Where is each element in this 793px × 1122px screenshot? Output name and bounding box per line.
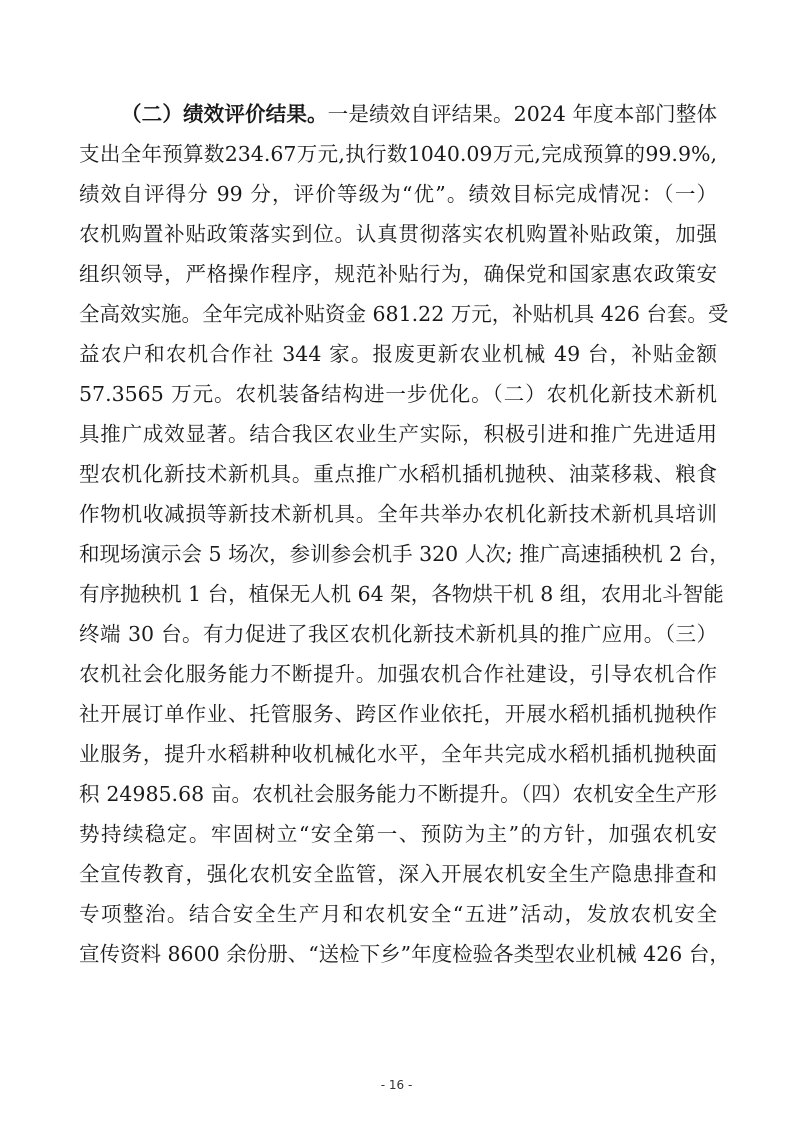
paragraph-line-22: 宣传资料 8600 余份册、“送检下乡”年度检验各类型农业机械 426 台， <box>79 934 717 974</box>
paragraph-line-11: 作物机收减损等新技术新机具。全年共举办农机化新技术新机具培训 <box>79 494 717 534</box>
paragraph-line-1: （二）绩效评价结果。一是绩效自评结果。2024 年度本部门整体 <box>121 94 717 134</box>
paragraph-line-19: 势持续稳定。牢固树立“安全第一、预防为主”的方针，加强农机安 <box>79 814 717 854</box>
line-text: 一是绩效自评结果。2024 年度本部门整体 <box>328 102 717 126</box>
paragraph-line-9: 具推广成效显著。结合我区农业生产实际，积极引进和推广先进适用 <box>79 414 717 454</box>
paragraph-line-20: 全宣传教育，强化农机安全监管，深入开展农机安全生产隐患排查和 <box>79 854 717 894</box>
paragraph-line-12: 和现场演示会 5 场次，参训参会机手 320 人次; 推广高速插秧机 2 台， <box>79 534 717 574</box>
paragraph-line-10: 型农机化新技术新机具。重点推广水稻机插机抛秧、油菜移栽、粮食 <box>79 454 717 494</box>
paragraph-line-3: 绩效自评得分 99 分，评价等级为“优”。绩效目标完成情况：（一） <box>79 174 717 214</box>
paragraph-line-7: 益农户和农机合作社 344 家。报废更新农业机械 49 台，补贴金额 <box>79 334 717 374</box>
paragraph-line-15: 农机社会化服务能力不断提升。加强农机合作社建设，引导农机合作 <box>79 654 717 694</box>
paragraph-line-16: 社开展订单作业、托管服务、跨区作业依托，开展水稻机插机抛秧作 <box>79 694 717 734</box>
page-number: - 16 - <box>0 1076 793 1094</box>
paragraph-line-17: 业服务，提升水稻耕种收机械化水平，全年共完成水稻机插机抛秧面 <box>79 734 717 774</box>
paragraph-line-8: 57.3565 万元。农机装备结构进一步优化。（二）农机化新技术新机 <box>79 374 717 414</box>
document-page: （二）绩效评价结果。一是绩效自评结果。2024 年度本部门整体 支出全年预算数2… <box>0 0 793 1122</box>
paragraph-line-13: 有序抛秧机 1 台，植保无人机 64 架，各物烘干机 8 组，农用北斗智能 <box>79 574 717 614</box>
paragraph-line-14: 终端 30 台。有力促进了我区农机化新技术新机具的推广应用。（三） <box>79 614 717 654</box>
paragraph-line-5: 组织领导，严格操作程序，规范补贴行为，确保党和国家惠农政策安 <box>79 254 717 294</box>
paragraph-line-6: 全高效实施。全年完成补贴资金 681.22 万元，补贴机具 426 台套。受 <box>79 294 717 334</box>
section-heading: （二）绩效评价结果。 <box>121 102 328 126</box>
paragraph-line-21: 专项整治。结合安全生产月和农机安全“五进”活动，发放农机安全 <box>79 894 717 934</box>
paragraph-line-18: 积 24985.68 亩。农机社会服务能力不断提升。（四）农机安全生产形 <box>79 774 717 814</box>
paragraph-line-4: 农机购置补贴政策落实到位。认真贯彻落实农机购置补贴政策，加强 <box>79 214 717 254</box>
paragraph-line-2: 支出全年预算数234.67万元,执行数1040.09万元,完成预算的99.9%, <box>79 134 717 174</box>
